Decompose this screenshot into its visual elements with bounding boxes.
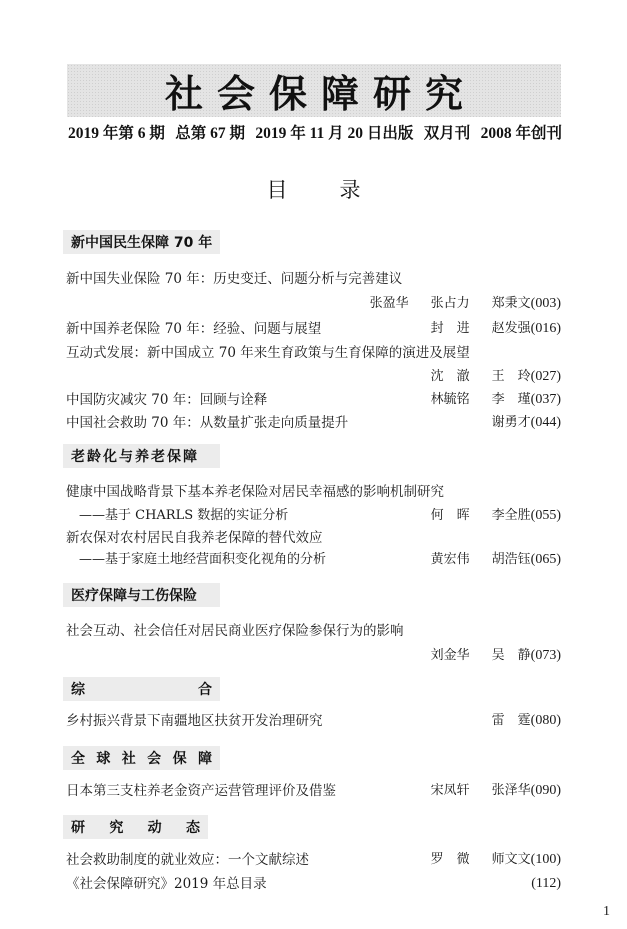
author: 罗 微	[431, 849, 470, 871]
section-header-medical-injury-insurance: 医疗保障与工伤保险	[63, 583, 220, 607]
section-header-char: 社	[122, 748, 136, 768]
page-number: 1	[603, 904, 610, 920]
article-title[interactable]: 健康中国战略背景下基本养老保险对居民幸福感的影响机制研究	[66, 481, 444, 503]
toc-entry-subtitle: ——基于家庭土地经营面积变化视角的分析 黄宏伟胡浩钰(065)	[66, 549, 561, 571]
page-ref: (044)	[531, 415, 561, 430]
author: 何 晖	[431, 505, 470, 527]
author: 张盈华	[370, 293, 409, 315]
article-subtitle: ——基于 CHARLS 数据的实证分析	[79, 505, 288, 527]
author: 林毓铭	[431, 389, 470, 411]
page-ref: (016)	[531, 321, 561, 336]
author: 赵发强	[492, 318, 531, 340]
author: 张泽华	[492, 780, 531, 802]
cumulative-issue: 总第 67 期	[175, 121, 245, 143]
author: 沈 澈	[431, 366, 470, 388]
toc-entry[interactable]: 健康中国战略背景下基本养老保险对居民幸福感的影响机制研究	[66, 481, 561, 503]
toc-entry[interactable]: 社会救助制度的就业效应：一个文献综述 罗 微师文文(100)	[66, 849, 561, 871]
author: 谢勇才	[492, 412, 531, 434]
page-ref: (112)	[531, 876, 561, 891]
page-ref: (003)	[531, 296, 561, 311]
section-header-char: 究	[109, 817, 123, 837]
page-ref: (080)	[531, 713, 561, 728]
page-ref: (073)	[531, 648, 561, 663]
article-title[interactable]: 《社会保障研究》2019 年总目录	[66, 873, 267, 895]
toc-entry[interactable]: 新中国养老保险 70 年：经验、问题与展望 封 进赵发强(016)	[66, 318, 561, 340]
section-header-char: 研	[71, 817, 85, 837]
toc-entry[interactable]: 新农保对农村居民自我养老保障的替代效应	[66, 527, 561, 549]
toc-entry-authors: 沈 澈王 玲(027)	[66, 366, 561, 388]
article-title[interactable]: 乡村振兴背景下南疆地区扶贫开发治理研究	[66, 710, 323, 732]
section-header-comprehensive: 综合	[63, 677, 220, 701]
author: 吴 静	[492, 645, 531, 667]
author: 雷 霆	[492, 710, 531, 732]
page-ref: (037)	[531, 392, 561, 407]
journal-masthead: 社会保障研究	[67, 64, 561, 117]
section-header-char: 保	[173, 748, 187, 768]
article-title[interactable]: 新中国失业保险 70 年：历史变迁、问题分析与完善建议	[66, 268, 402, 290]
section-header-char: 会	[147, 748, 161, 768]
section-header-char: 合	[198, 679, 212, 699]
article-subtitle: ——基于家庭土地经营面积变化视角的分析	[79, 549, 326, 571]
toc-entry[interactable]: 中国社会救助 70 年：从数量扩张走向质量提升 谢勇才(044)	[66, 412, 561, 434]
toc-entry[interactable]: 中国防灾减灾 70 年：回顾与诠释 林毓铭李 瑾(037)	[66, 389, 561, 411]
toc-entry[interactable]: 新中国失业保险 70 年：历史变迁、问题分析与完善建议	[66, 268, 561, 290]
toc-heading-char: 目	[267, 174, 288, 204]
page-ref: (100)	[531, 852, 561, 867]
toc-heading-char: 录	[340, 174, 361, 204]
author: 郑秉文	[492, 293, 531, 315]
article-title[interactable]: 新农保对农村居民自我养老保障的替代效应	[66, 527, 323, 549]
author: 李全胜	[492, 505, 531, 527]
page-ref: (090)	[531, 783, 561, 798]
section-header-research-trends: 研究动态	[63, 815, 208, 839]
section-header-aging-pension: 老龄化与养老保障	[63, 444, 220, 468]
author: 师文文	[492, 849, 531, 871]
article-title[interactable]: 中国防灾减灾 70 年：回顾与诠释	[66, 389, 267, 411]
author: 刘金华	[431, 645, 470, 667]
author: 王 玲	[492, 366, 531, 388]
section-header-char: 动	[148, 817, 162, 837]
issue-info-line: 2019 年第 6 期 总第 67 期 2019 年 11 月 20 日出版 双…	[68, 121, 562, 143]
toc-entry[interactable]: 乡村振兴背景下南疆地区扶贫开发治理研究 雷 霆(080)	[66, 710, 561, 732]
article-title[interactable]: 日本第三支柱养老金资产运营管理评价及借鉴	[66, 780, 336, 802]
section-header-char: 球	[96, 748, 110, 768]
toc-entry-subtitle: ——基于 CHARLS 数据的实证分析 何 晖李全胜(055)	[66, 505, 561, 527]
section-header-global-social-security: 全球社会保障	[63, 746, 220, 770]
issue-number: 2019 年第 6 期	[68, 121, 165, 143]
page-ref: (055)	[531, 508, 561, 523]
section-header-char: 障	[198, 748, 212, 768]
author: 封 进	[431, 318, 470, 340]
author: 李 瑾	[492, 389, 531, 411]
toc-entry[interactable]: 《社会保障研究》2019 年总目录 (112)	[66, 873, 561, 895]
article-title[interactable]: 中国社会救助 70 年：从数量扩张走向质量提升	[66, 412, 348, 434]
toc-heading: 目录	[0, 174, 627, 204]
section-header-char: 综	[71, 679, 85, 699]
page-ref: (027)	[531, 369, 561, 384]
publish-date: 2019 年 11 月 20 日出版	[255, 121, 413, 143]
article-title[interactable]: 社会救助制度的就业效应：一个文献综述	[66, 849, 309, 871]
page-ref: (065)	[531, 552, 561, 567]
article-title[interactable]: 社会互动、社会信任对居民商业医疗保险参保行为的影响	[66, 620, 404, 642]
toc-entry-authors: 张盈华张占力郑秉文(003)	[66, 293, 561, 315]
section-header-char: 全	[71, 748, 85, 768]
section-header-char: 态	[186, 817, 200, 837]
toc-entry[interactable]: 互动式发展：新中国成立 70 年来生育政策与生育保障的演进及展望	[66, 342, 561, 364]
toc-entry[interactable]: 日本第三支柱养老金资产运营管理评价及借鉴 宋凤轩张泽华(090)	[66, 780, 561, 802]
journal-title: 社会保障研究	[151, 63, 477, 118]
toc-entry[interactable]: 社会互动、社会信任对居民商业医疗保险参保行为的影响	[66, 620, 561, 642]
author: 黄宏伟	[431, 549, 470, 571]
author: 胡浩钰	[492, 549, 531, 571]
article-title[interactable]: 互动式发展：新中国成立 70 年来生育政策与生育保障的演进及展望	[66, 342, 470, 364]
founded-year: 2008 年创刊	[481, 121, 562, 143]
author: 宋凤轩	[431, 780, 470, 802]
toc-entry-authors: 刘金华吴 静(073)	[66, 645, 561, 667]
author: 张占力	[431, 293, 470, 315]
article-title[interactable]: 新中国养老保险 70 年：经验、问题与展望	[66, 318, 321, 340]
frequency: 双月刊	[424, 121, 471, 143]
section-header-livelihood-70-years: 新中国民生保障 70 年	[63, 230, 220, 254]
